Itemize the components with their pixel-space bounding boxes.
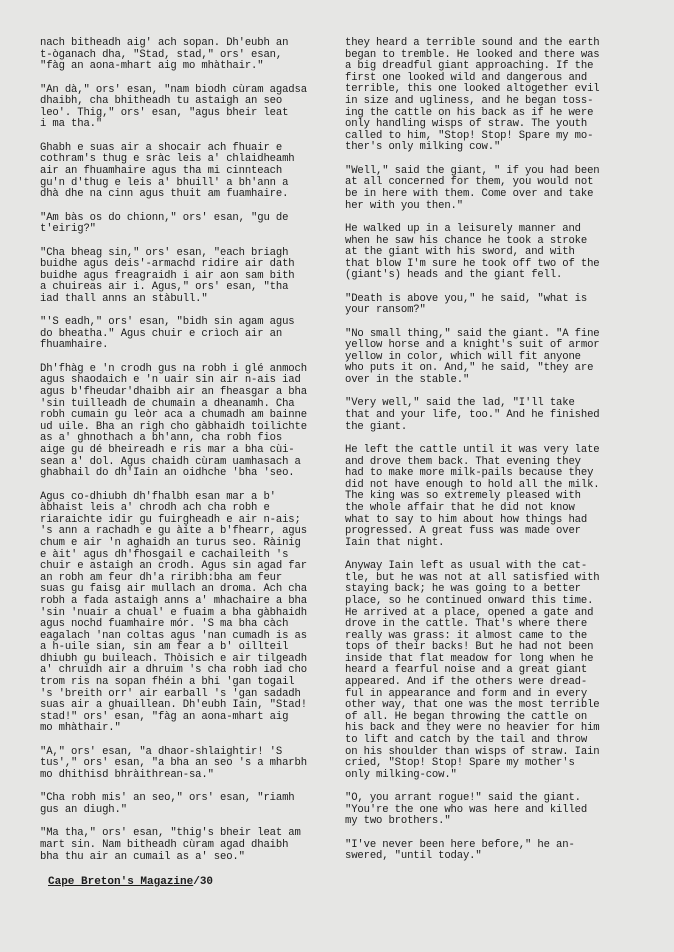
paragraph: "I've never been here before," he an-swe… [345,840,660,863]
paragraph: He left the cattle until it was very lat… [345,445,660,549]
text-line: Anyway Iain left as usual with the cat- [345,561,660,573]
text-line: place, so he continued onward this time. [345,596,660,608]
text-line: mart sin. Nam bitheadh cùram agad dhaibh [40,840,340,852]
text-line: be in here with them. Come over and take [345,189,660,201]
paragraph: "'S eadh," ors' esan, "bidh sin agam agu… [40,317,340,352]
text-line: bha thu air an cumail as a' seo." [40,852,340,864]
paragraph: "O, you arrant rogue!" said the giant."Y… [345,793,660,828]
paragraph: "An dà," ors' esan, "nam biodh cùram aga… [40,85,340,131]
text-line: your ransom?" [345,305,660,317]
paragraph: "Ma tha," ors' esan, "thig's bheir leat … [40,828,340,863]
paragraph: "Cha robh mis' an seo," ors' esan, "riam… [40,793,340,816]
text-line: (giant's) heads and the giant fell. [345,270,660,282]
text-line: iad thall anns an stàbull." [40,294,340,306]
paragraph: "Very well," said the lad, "I'll taketha… [345,398,660,433]
text-line: "fàg an aona-mhart aig mo mhàthair." [40,61,340,73]
paragraph: "Death is above you," he said, "what isy… [345,294,660,317]
text-line: over in the stable." [345,375,660,387]
text-line: agus b'fheudar'dhaibh air an fheasgar a … [40,387,340,399]
right-column-english-text: they heard a terrible sound and the eart… [345,38,660,875]
text-line: to lift and catch by the tail and throw [345,735,660,747]
paragraph: "A," ors' esan, "a dhaor-shlaightir! 'St… [40,747,340,782]
left-column-gaelic-text: nach bitheadh aig' ach sopan. Dh'eubh an… [40,38,340,875]
paragraph: Dh'fhàg e 'n crodh gus na robh i glé anm… [40,364,340,480]
text-line: buidhe agus deis'-armachd ridire air dat… [40,259,340,271]
text-line: robh a fada astaigh anns a' mhachaire a … [40,596,340,608]
text-line: progressed. A great fuss was made over [345,526,660,538]
paragraph: they heard a terrible sound and the eart… [345,38,660,154]
magazine-name: Cape Breton's Magazine [48,876,193,888]
text-line: agus nochd fuamhaire mór. 'S ma bha càch [40,619,340,631]
text-line: only milking-cow." [345,770,660,782]
text-line: at the giant with his sword, and with [345,247,660,259]
text-line: He walked up in a leisurely manner and [345,224,660,236]
paragraph: "Well," said the giant, " if you had bee… [345,166,660,212]
text-line: chuir e astaigh an crodh. Agus sin agad … [40,561,340,573]
text-line: the giant. [345,422,660,434]
paragraph: "Am bàs os do chionn," ors' esan, "gu de… [40,213,340,236]
text-line: in size and ugliness, and he began toss- [345,96,660,108]
paragraph: He walked up in a leisurely manner andwh… [345,224,660,282]
text-line: nach bitheadh aig' ach sopan. Dh'eubh an [40,38,340,50]
paragraph: "Cha bheag sin," ors' esan, "each briagh… [40,248,340,306]
text-line: mo dhithisd bhràithrean-sa." [40,770,340,782]
text-line: t'eirig?" [40,224,340,236]
text-line: trom ris na sopan fhéin a bhi 'gan togai… [40,677,340,689]
text-line: chum e air 'n aghaidh an turus seo. Ràin… [40,538,340,550]
paragraph: Ghabh e suas air a shocair ach fhuair ec… [40,143,340,201]
text-line: Iain that night. [345,538,660,550]
text-line: mo mhàthair." [40,723,340,735]
text-line: swered, "until today." [345,851,660,863]
paragraph: Agus co-dhiubh dh'fhalbh esan mar a b'àb… [40,492,340,735]
paragraph: nach bitheadh aig' ach sopan. Dh'eubh an… [40,38,340,73]
paragraph: "No small thing," said the giant. "A fin… [345,329,660,387]
text-line: dhà dhe na cinn agus thuit am fuamhaire. [40,189,340,201]
text-line: air an fhuamhaire agus tha mi cinnteach [40,166,340,178]
page-footer: Cape Breton's Magazine/30 [48,876,213,888]
text-line: that and your life, too." And he finishe… [345,410,660,422]
page-number: /30 [193,876,213,888]
text-line: her with you then." [345,201,660,213]
text-line: He left the cattle until it was very lat… [345,445,660,457]
text-line: they heard a terrible sound and the eart… [345,38,660,50]
text-line: appeared. And if the others were dread- [345,677,660,689]
text-line: drove in the cattle. That's where there [345,619,660,631]
text-line: ghabhail do dh'Iain an oidhche 'bha 'seo… [40,468,340,480]
text-line: only handling wisps of straw. The youth [345,119,660,131]
text-line: fhuamhaire. [40,340,340,352]
paragraph: Anyway Iain left as usual with the cat-t… [345,561,660,781]
text-line: gus an diugh." [40,805,340,817]
text-line: my two brothers." [345,816,660,828]
text-line: the whole affair that he did not know [345,503,660,515]
text-line: i ma tha." [40,119,340,131]
text-line: aige gu dé bheireadh e ris mar a bha cùi… [40,445,340,457]
text-line: ther's only milking cow." [345,142,660,154]
